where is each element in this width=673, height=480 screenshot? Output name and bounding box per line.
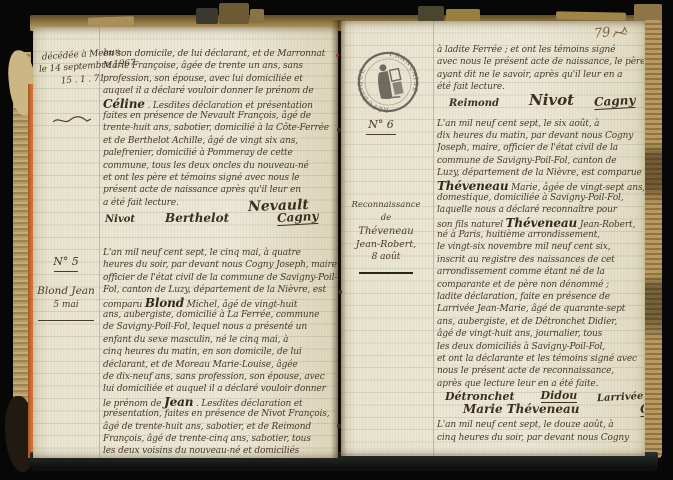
margin-rule-thick <box>359 272 413 274</box>
signature-cagny: Cagny <box>594 92 636 109</box>
annotation-paraph-squiggle <box>51 114 93 126</box>
torn-binding-fragment <box>88 16 134 27</box>
handwritten-line: et ont la déclarante et les témoins sign… <box>437 353 644 365</box>
left-page-margin-column: décédée à Mehunle 14 septembre 196715 . … <box>33 27 100 458</box>
handwritten-line: faites en présence de Nevault François, … <box>103 110 337 122</box>
margin-rule <box>366 134 396 135</box>
act-6-text: L'an mil neuf cent sept, le six août, àd… <box>437 118 644 391</box>
signature-row: Marie Théveneau Cagny <box>437 403 644 416</box>
handwritten-line: ans, aubergiste, et de Détronchet Didier… <box>437 316 644 328</box>
recognition-note-line: de <box>341 212 431 225</box>
handwritten-line: Fol, canton de Luzy, département de la N… <box>103 284 337 296</box>
handwritten-line: et ont les père et témoins signé avec no… <box>103 172 337 184</box>
binding-stitch <box>337 128 341 132</box>
margin-annotation-deceased: décédée à Mehunle 14 septembre 196715 . … <box>38 46 126 89</box>
signature-didou: Didou <box>541 389 578 403</box>
margin-rule <box>38 320 94 321</box>
handwritten-line: le prénom de Jean . Lesdites déclaration… <box>103 396 337 408</box>
handwritten-line: enfant du sexe masculin, né le cinq mai,… <box>103 334 337 346</box>
handwritten-line: cinq heures du matin, en son domicile, d… <box>103 346 337 358</box>
seal-figure-head <box>379 64 387 72</box>
handwritten-line: en son domicile, de lui déclarant, et de… <box>103 48 337 60</box>
handwritten-line: comparu Blond Michel, âgé de vingt-huit <box>103 297 337 309</box>
handwritten-line: de dix-neuf ans, sans profession, son ép… <box>103 371 337 383</box>
act-number: N° 5 <box>33 255 99 268</box>
seal-shield <box>392 81 403 95</box>
scanned-register-photo: décédée à Mehunle 14 septembre 196715 . … <box>0 0 673 480</box>
handwritten-line: Larrivée Jean-Marie, âgé de quarante-sep… <box>437 303 644 315</box>
right-page-margin-column: RÉPUBLIQUE FRANÇAISE N° 6 Reconnaissance… <box>341 21 434 456</box>
handwritten-line: âgé de vingt-huit ans, journalier, tous <box>437 328 644 340</box>
handwritten-line: présentation, faites en présence de Nivo… <box>103 408 337 420</box>
handwritten-line: domestique, domiciliée à Savigny-Poil-Fo… <box>437 192 644 204</box>
handwritten-line: nous le présent acte de reconnaissance, <box>437 365 644 377</box>
binding-stitch <box>337 424 341 428</box>
handwritten-line: né à Paris, huitième arrondissement, <box>437 229 644 241</box>
act-date: 5 mai <box>33 300 99 310</box>
handwritten-line: commune, tous les deux oncles du nouveau… <box>103 160 337 172</box>
handwritten-line: ayant dit ne le savoir, après qu'il leur… <box>437 69 644 81</box>
act-7-opening-text: L'an mil neuf cent sept, le douze août, … <box>437 419 644 444</box>
recognition-note-line: Reconnaissance <box>341 199 431 212</box>
handwritten-line: Céline . Lesdites déclaration et présent… <box>103 98 337 110</box>
signature-nivot: Nivot <box>105 214 135 225</box>
act-5-closing-text: à ladite Ferrée ; et ont les témoins sig… <box>437 44 644 94</box>
register-right-page: 79 RÉPUBLIQUE FRANÇAISE <box>341 21 645 456</box>
torn-binding-fragment <box>219 3 249 24</box>
handwritten-line: ans, aubergiste, domicilié à La Ferrée, … <box>103 309 337 321</box>
red-ink-speck <box>336 54 339 57</box>
signature-berthelot: Berthelot <box>165 211 229 225</box>
handwritten-line: ladite déclaration, faite en présence de <box>437 291 644 303</box>
handwritten-line: palefrenier, domicilié à Pommeray de cet… <box>103 147 337 159</box>
handwritten-line: déclarant, et de Moreau Marie-Louise, âg… <box>103 359 337 371</box>
signature-cagny: Cagny <box>639 400 644 417</box>
handwritten-line: à ladite Ferrée ; et ont les témoins sig… <box>437 44 644 56</box>
handwritten-line: cinq heures du soir, par devant nous Cog… <box>437 432 644 444</box>
signature-row: Nivot Berthelot Cagny <box>103 210 337 225</box>
margin-rule <box>54 271 78 272</box>
handwritten-line: les deux domiciliés à Savigny-Poil-Fol, <box>437 341 644 353</box>
handwritten-line: Marie Françoise, âgée de trente un ans, … <box>103 60 337 72</box>
handwritten-line: lui domiciliée et auquel il a déclaré vo… <box>103 383 337 395</box>
handwritten-line: son fils naturel Théveneau Jean-Robert, <box>437 217 644 229</box>
handwritten-line: L'an mil neuf cent sept, le douze août, … <box>437 419 644 431</box>
handwritten-line: Théveneau Marie, âgée de vingt-sept ans, <box>437 180 644 192</box>
handwritten-line: les deux voisins du nouveau-né et domici… <box>103 445 337 457</box>
handwritten-line: L'an mil neuf cent sept, le cinq mai, à … <box>103 247 337 259</box>
handwritten-line: commune de Savigny-Poil-Fol, canton de <box>437 155 644 167</box>
left-page-text-column: en son domicile, de lui déclarant, et de… <box>103 48 337 458</box>
handwritten-line: profession, son épouse, avec lui domicil… <box>103 73 337 85</box>
recognition-note-line: Théveneau <box>341 225 431 238</box>
folio-number: 79 <box>594 23 630 42</box>
torn-binding-fragment <box>556 11 626 20</box>
handwritten-line: officier de l'état civil de la commune d… <box>103 272 337 284</box>
handwritten-line: âgé de trente-huit ans, sabotier, et de … <box>103 421 337 433</box>
handwritten-line: L'an mil neuf cent sept, le six août, à <box>437 118 644 130</box>
act-5-margin-label: N° 5 Blond Jean 5 mai <box>33 255 99 321</box>
act-number: N° 6 <box>341 118 421 131</box>
handwritten-line: de Savigny-Poil-Fol, lequel nous a prése… <box>103 321 337 333</box>
act-child-name: Blond Jean <box>33 285 99 297</box>
recognition-note-line: Jean-Robert, <box>341 238 431 251</box>
folio-flourish <box>610 24 629 40</box>
handwritten-line: dix heures du matin, par devant nous Cog… <box>437 130 644 142</box>
torn-binding-fragment <box>196 8 218 24</box>
signature-reimond: Reimond <box>449 98 499 109</box>
handwritten-line: François, âgé de trente-cinq ans, saboti… <box>103 433 337 445</box>
republique-francaise-seal: RÉPUBLIQUE FRANÇAISE <box>351 45 425 119</box>
recognition-note-line: 8 août <box>341 251 431 264</box>
book-page-stack-edge-right <box>645 20 662 458</box>
act-4-closing-text: en son domicile, de lui déclarant, et de… <box>103 48 337 209</box>
handwritten-line: Joseph, maire, officier de l'état civil … <box>437 142 644 154</box>
signature-nivot: Nivot <box>529 91 574 109</box>
register-left-page: décédée à Mehunle 14 septembre 196715 . … <box>33 27 338 458</box>
handwritten-line: trente-huit ans, sabotier, domicilié à l… <box>103 122 337 134</box>
handwritten-line: arrondissement comme étant né de la <box>437 266 644 278</box>
binding-stitch <box>338 290 342 294</box>
right-page-text-column: à ladite Ferrée ; et ont les témoins sig… <box>437 44 644 444</box>
signature-cagny: Cagny <box>277 209 319 226</box>
svg-text:FRANÇAISE: FRANÇAISE <box>387 46 422 98</box>
act-6-recognition-note: Reconnaissance de Théveneau Jean-Robert,… <box>341 199 431 274</box>
handwritten-line: le vingt-six novembre mil neuf cent six, <box>437 241 644 253</box>
seal-tablet <box>390 69 401 82</box>
act-5-text: L'an mil neuf cent sept, le cinq mai, à … <box>103 247 337 458</box>
handwritten-line: inscrit au registre des naissances de ce… <box>437 254 644 266</box>
handwritten-line: et de Berthelot Achille, âgé de vingt si… <box>103 135 337 147</box>
handwritten-line: comparante et de père non dénommé ; <box>437 279 644 291</box>
signature-marie-theveneau: Marie Théveneau <box>463 402 580 416</box>
signature-row: Reimond Nivot Cagny <box>437 94 644 109</box>
handwritten-line: heures du soir, par devant nous Cogny Jo… <box>103 259 337 271</box>
act-6-margin-label: N° 6 <box>341 118 421 135</box>
torn-binding-fragment <box>250 9 264 23</box>
seal-arc-text-right: FRANÇAISE <box>387 46 422 98</box>
handwritten-line: avec nous le présent acte de naissance, … <box>437 56 644 68</box>
